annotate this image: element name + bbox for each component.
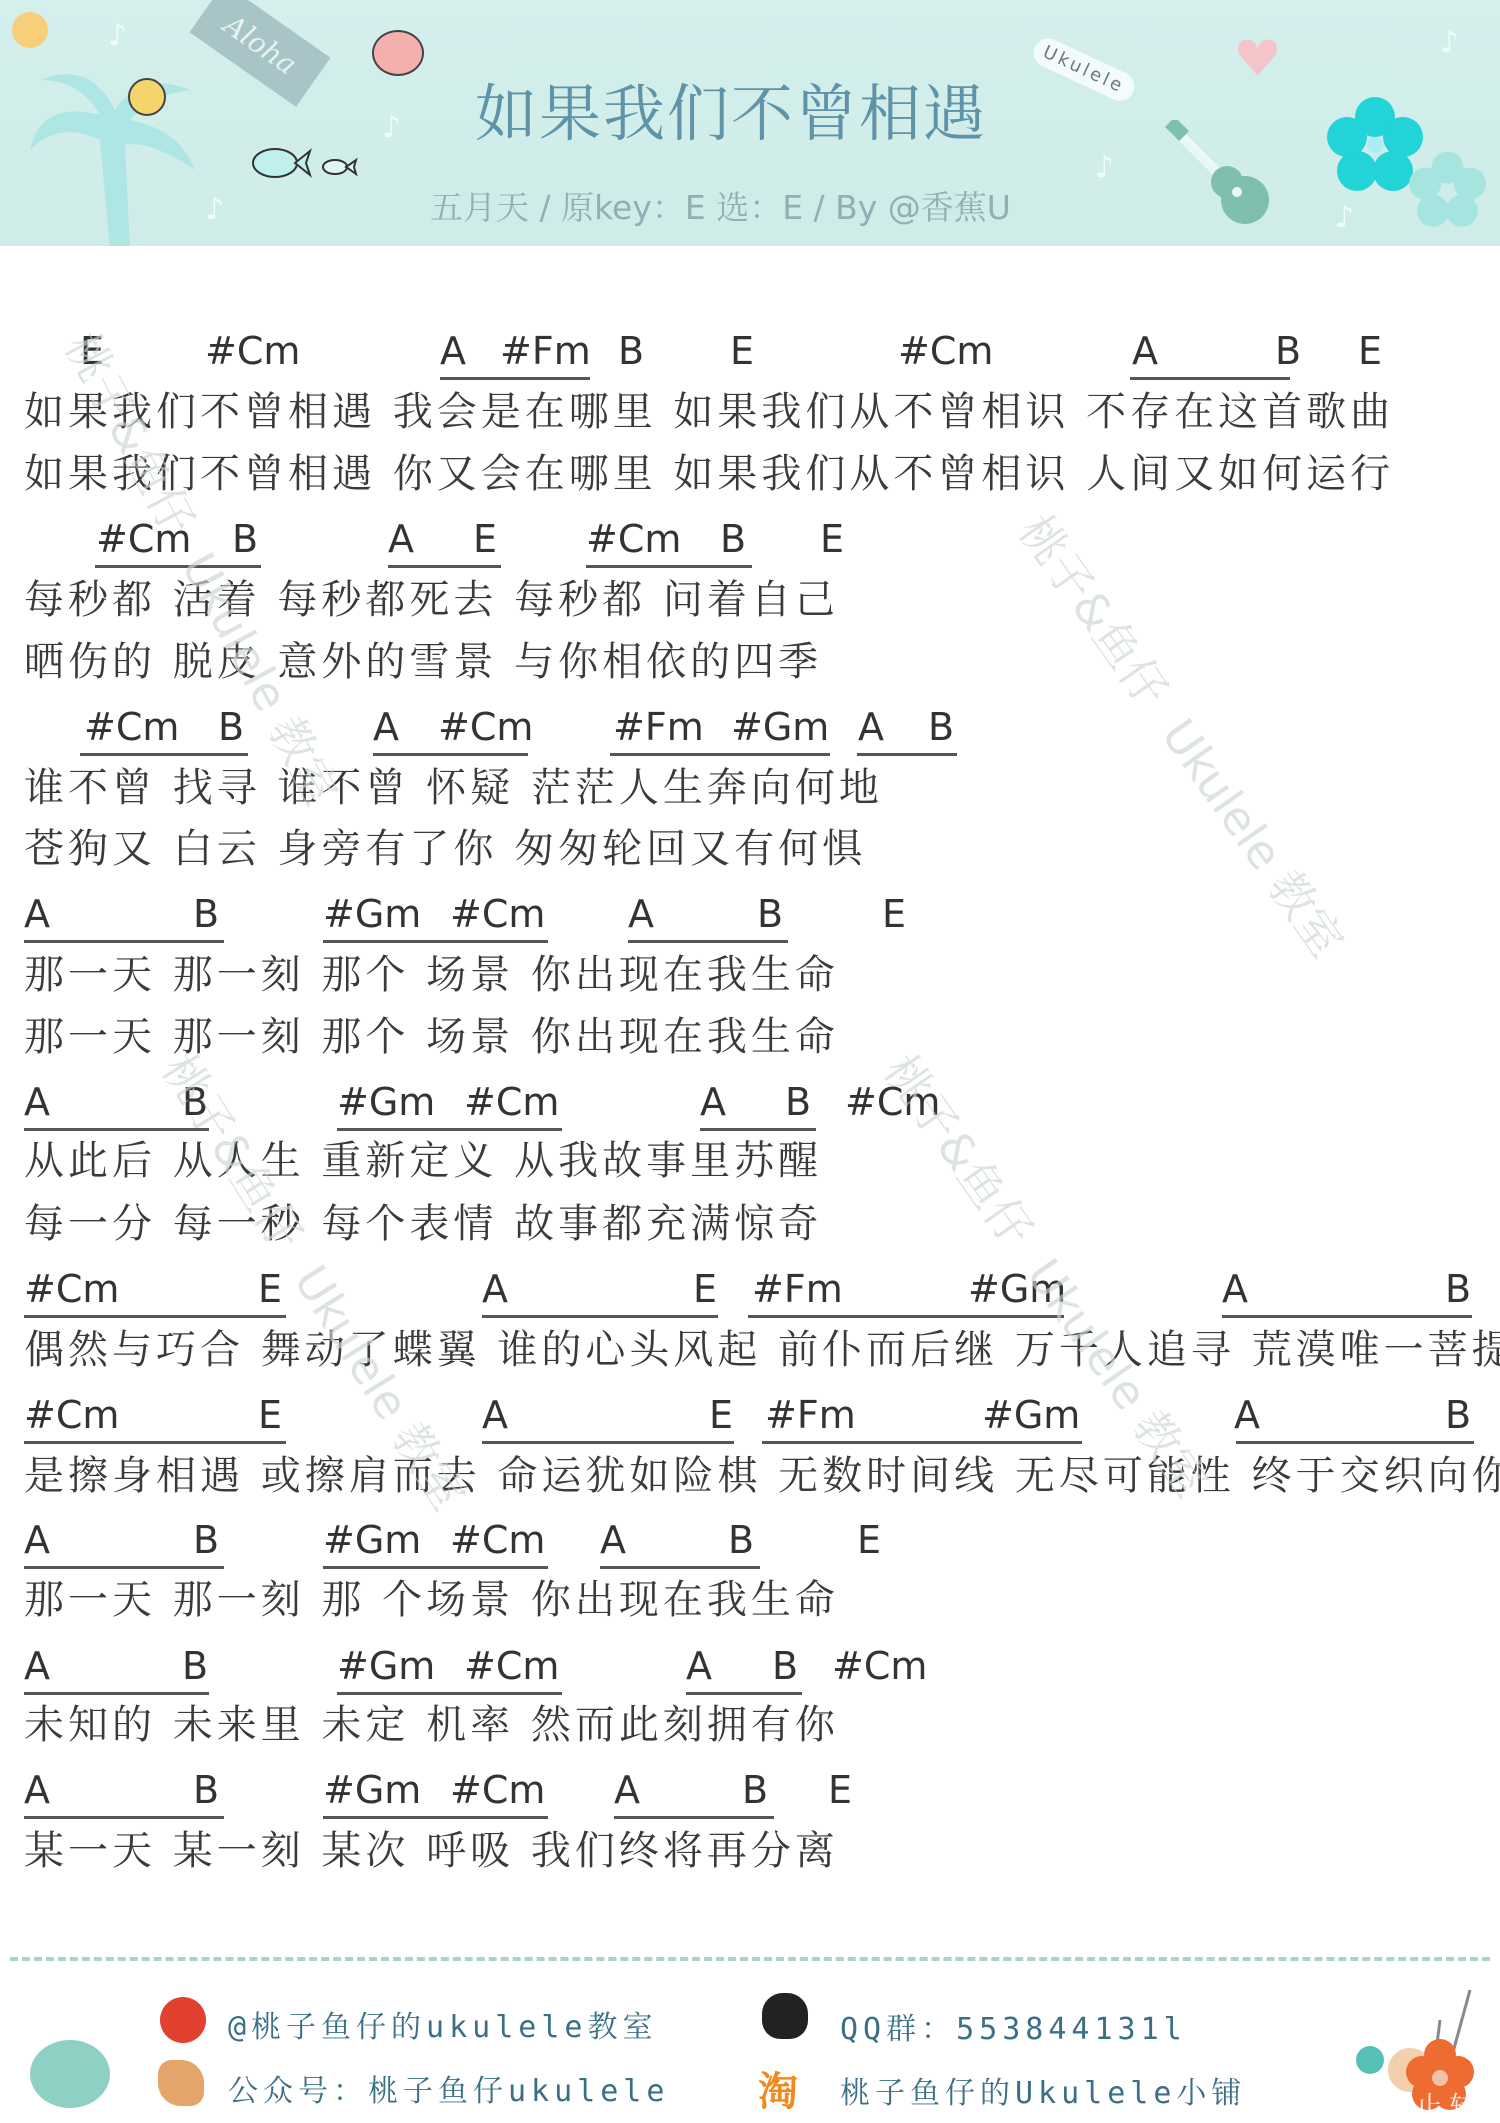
chord-label: #Cm bbox=[586, 517, 681, 561]
aloha-tag: Aloha bbox=[190, 0, 331, 107]
cat-mascot-icon bbox=[30, 2040, 110, 2108]
chord-label: E bbox=[258, 1393, 282, 1437]
hibiscus-flower-faded-icon bbox=[1405, 150, 1490, 230]
song-title: 如果我们不曾相遇 bbox=[475, 64, 987, 153]
chord-label: B bbox=[757, 892, 783, 936]
chord-label: #Fm bbox=[613, 705, 704, 749]
chord-label: B bbox=[232, 517, 258, 561]
taobao-icon: 淘 bbox=[758, 2060, 798, 2117]
chord-label: A bbox=[24, 1644, 50, 1688]
chord-label: A bbox=[628, 892, 654, 936]
lyric-line: 是擦身相遇 或擦肩而去 命运犹如险棋 无数时间线 无尽可能性 终于交织向你 bbox=[24, 1444, 1500, 1501]
chord-label: A bbox=[686, 1644, 712, 1688]
chord-label: B bbox=[772, 1644, 798, 1688]
chord-label: A bbox=[388, 517, 414, 561]
palm-tree-icon bbox=[20, 60, 200, 246]
duck-icon bbox=[128, 78, 166, 116]
fish-icon bbox=[250, 145, 360, 185]
chord-label: A bbox=[700, 1080, 726, 1124]
chord-label: #Cm bbox=[464, 1080, 559, 1124]
lyric-line: 如果我们不曾相遇 我会是在哪里 如果我们从不曾相识 不存在这首歌曲 bbox=[24, 380, 1394, 437]
chord-label: A bbox=[1222, 1267, 1248, 1311]
chord-label: #Cm bbox=[464, 1644, 559, 1688]
chord-label: #Cm bbox=[450, 892, 545, 936]
song-subtitle: 五月天 / 原key：E 选：E / By @香蕉U bbox=[430, 182, 1011, 229]
chord-label: B bbox=[182, 1644, 208, 1688]
footer-divider bbox=[10, 1957, 1490, 1961]
chord-label: B bbox=[182, 1080, 208, 1124]
taobao-shop: 桃子鱼仔的Ukulele小铺 bbox=[840, 2068, 1246, 2112]
chord-label: E bbox=[709, 1393, 733, 1437]
chord-label: E bbox=[80, 329, 104, 373]
music-note-icon: ♪ bbox=[1095, 150, 1114, 185]
chord-label: A bbox=[24, 892, 50, 936]
qq-penguin-icon bbox=[762, 1993, 808, 2039]
chord-label: A bbox=[373, 705, 399, 749]
chord-label: A bbox=[440, 329, 466, 373]
chord-label: #Cm bbox=[24, 1267, 119, 1311]
chord-label: B bbox=[193, 1768, 219, 1812]
lyric-line: 那一天 那一刻 那个 场景 你出现在我生命 bbox=[24, 943, 839, 1000]
chord-label: #Gm bbox=[323, 892, 421, 936]
weibo-handle: @桃子鱼仔的ukulele教室 bbox=[228, 2002, 658, 2046]
chord-label: A bbox=[600, 1518, 626, 1562]
chord-label: A bbox=[24, 1518, 50, 1562]
chord-label: E bbox=[828, 1768, 852, 1812]
lyric-line: 每秒都 活着 每秒都死去 每秒都 问着自己 bbox=[24, 568, 839, 625]
chord-label: #Fm bbox=[500, 329, 591, 373]
chord-label: A bbox=[24, 1768, 50, 1812]
chord-label: B bbox=[1275, 329, 1301, 373]
chord-label: A bbox=[858, 705, 884, 749]
chord-label: A bbox=[24, 1080, 50, 1124]
lyric-line: 如果我们不曾相遇 你又会在哪里 如果我们从不曾相识 人间又如何运行 bbox=[24, 442, 1394, 499]
lyric-line: 未知的 未来里 未定 机率 然而此刻拥有你 bbox=[24, 1693, 839, 1750]
heart-icon bbox=[1235, 35, 1280, 80]
chord-label: E bbox=[258, 1267, 282, 1311]
chord-label: #Gm bbox=[337, 1080, 435, 1124]
music-note-icon: ♪ bbox=[108, 18, 127, 53]
chord-label: E bbox=[1358, 329, 1382, 373]
chord-label: B bbox=[193, 1518, 219, 1562]
music-note-icon: ♪ bbox=[382, 110, 401, 145]
chord-sheet: E#CmA#FmBE#CmABE如果我们不曾相遇 我会是在哪里 如果我们从不曾相… bbox=[0, 246, 1500, 1946]
chord-label: B bbox=[218, 705, 244, 749]
chord-label: B bbox=[742, 1768, 768, 1812]
chord-label: B bbox=[928, 705, 954, 749]
chord-label: E bbox=[693, 1267, 717, 1311]
chord-label: A bbox=[482, 1267, 508, 1311]
lyric-line: 晒伤的 脱皮 意外的雪景 与你相依的四季 bbox=[24, 630, 822, 687]
chord-label: B bbox=[1445, 1267, 1471, 1311]
chord-label: #Cm bbox=[84, 705, 179, 749]
chord-label: A bbox=[1132, 329, 1158, 373]
chord-label: #Fm bbox=[765, 1393, 856, 1437]
chord-label: #Cm bbox=[96, 517, 191, 561]
chord-label: #Cm bbox=[205, 329, 300, 373]
lyric-line: 那一天 那一刻 那个 场景 你出现在我生命 bbox=[24, 1005, 839, 1062]
chord-label: #Gm bbox=[323, 1518, 421, 1562]
chord-label: #Cm bbox=[450, 1768, 545, 1812]
chord-label: #Gm bbox=[337, 1644, 435, 1688]
ukulele-small-icon bbox=[158, 2060, 204, 2106]
ukulele-icon bbox=[1165, 120, 1285, 230]
chord-label: A bbox=[1234, 1393, 1260, 1437]
chord-label: E bbox=[730, 329, 754, 373]
pig-icon bbox=[372, 30, 424, 76]
lyric-line: 那一天 那一刻 那 个场景 你出现在我生命 bbox=[24, 1568, 839, 1625]
chord-label: #Gm bbox=[323, 1768, 421, 1812]
chord-label: B bbox=[618, 329, 644, 373]
chord-label: A bbox=[614, 1768, 640, 1812]
chord-label: #Cm bbox=[832, 1644, 927, 1688]
lyric-line: 苍狗又 白云 身旁有了你 匆匆轮回又有何惧 bbox=[24, 817, 866, 874]
weibo-icon bbox=[160, 1997, 206, 2043]
chord-label: E bbox=[473, 517, 497, 561]
lyric-line: 每一分 每一秒 每个表情 故事都充满惊奇 bbox=[24, 1192, 822, 1249]
chord-label: #Cm bbox=[898, 329, 993, 373]
chord-label: #Cm bbox=[438, 705, 533, 749]
qq-group: QQ群：553844131l bbox=[840, 2004, 1187, 2048]
lyric-line: 某一天 某一刻 某次 呼吸 我们终将再分离 bbox=[24, 1819, 839, 1876]
copyright-notice: 版权所有 禁止转载 bbox=[1230, 2085, 1500, 2123]
chord-label: B bbox=[720, 517, 746, 561]
chord-label: B bbox=[1445, 1393, 1471, 1437]
chord-label: #Gm bbox=[731, 705, 829, 749]
lyric-line: 谁不曾 找寻 谁不曾 怀疑 茫茫人生奔向何地 bbox=[24, 756, 883, 813]
wechat-account: 公众号：桃子鱼仔ukulele bbox=[228, 2066, 669, 2110]
chord-label: #Fm bbox=[752, 1267, 843, 1311]
music-note-icon: ♪ bbox=[1335, 200, 1354, 235]
chord-label: #Cm bbox=[450, 1518, 545, 1562]
chord-label: B bbox=[785, 1080, 811, 1124]
music-note-icon: ♪ bbox=[205, 192, 224, 227]
lyric-line: 从此后 从人生 重新定义 从我故事里苏醒 bbox=[24, 1129, 822, 1186]
chord-label: #Cm bbox=[845, 1080, 940, 1124]
lyric-line: 偶然与巧合 舞动了蝶翼 谁的心头风起 前仆而后继 万千人追寻 荒漠唯一菩提 bbox=[24, 1318, 1500, 1375]
chord-label: #Gm bbox=[982, 1393, 1080, 1437]
chord-label: A bbox=[482, 1393, 508, 1437]
chord-label: #Cm bbox=[24, 1393, 119, 1437]
chord-label: E bbox=[882, 892, 906, 936]
chord-label: E bbox=[820, 517, 844, 561]
chord-label: #Gm bbox=[968, 1267, 1066, 1311]
chord-label: E bbox=[857, 1518, 881, 1562]
chord-label: B bbox=[728, 1518, 754, 1562]
header-banner: Aloha 如果我们不曾相遇 五月天 / 原key：E 选：E / By @香蕉… bbox=[0, 0, 1500, 246]
chord-label: B bbox=[193, 892, 219, 936]
ukulele-bubble: Ukulele bbox=[1029, 34, 1139, 106]
music-note-icon: ♪ bbox=[1440, 25, 1459, 60]
cat-sun-icon bbox=[12, 12, 48, 48]
